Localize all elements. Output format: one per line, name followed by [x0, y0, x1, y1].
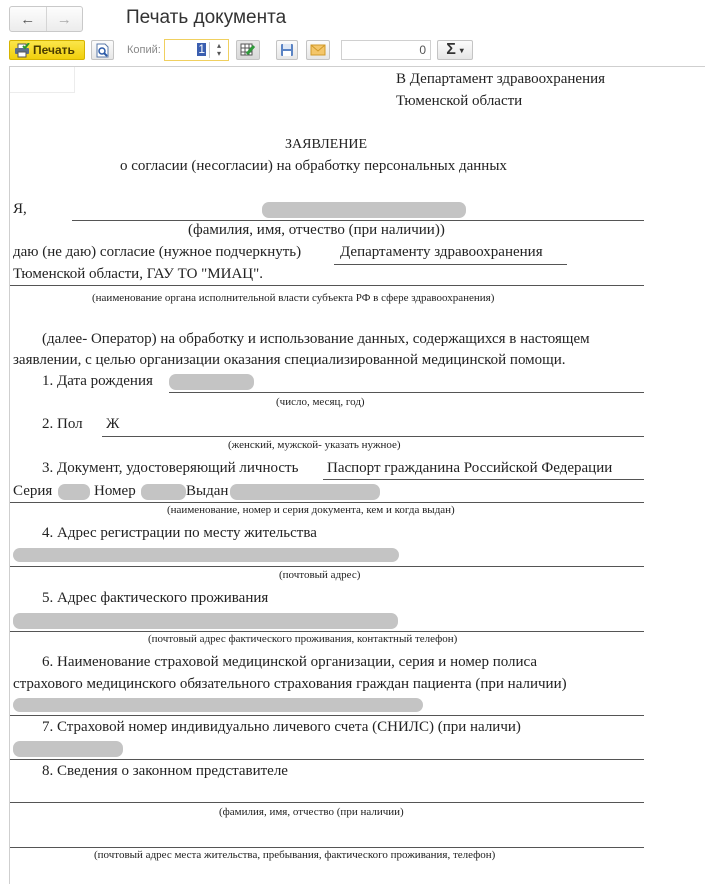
edit-button[interactable]: [236, 40, 260, 60]
preview-button[interactable]: [91, 40, 114, 60]
consent-recipient: Департаменту здравоохранения: [340, 244, 543, 261]
edit-table-icon: [240, 43, 256, 57]
sigma-icon: Σ: [446, 41, 456, 59]
issued-line: [10, 502, 644, 503]
document-preview: В Департамент здравоохранения Тюменской …: [9, 66, 705, 884]
representative-address-line: [10, 847, 644, 848]
sum-button[interactable]: Σ ▾: [437, 40, 473, 60]
document-heading: ЗАЯВЛЕНИЕ: [285, 137, 367, 153]
item5-caption: (почтовый адрес фактического проживания,…: [148, 633, 457, 645]
redacted-birthdate: [169, 374, 254, 390]
toolbar: Печать Копий: 1 ▴▾ 0 Σ ▾: [0, 38, 705, 64]
operator-line2: заявлении, с целью организации оказания …: [13, 352, 566, 369]
item8-caption1: (фамилия, имя, отчество (при наличии): [219, 806, 404, 818]
i-label: Я,: [13, 201, 27, 218]
series-label: Серия: [13, 483, 52, 500]
redacted-issued: [230, 484, 380, 500]
forward-button[interactable]: →: [46, 7, 83, 31]
copies-input[interactable]: 1 ▴▾: [164, 39, 229, 61]
document-corner: [10, 67, 75, 93]
organ-line: [10, 285, 644, 286]
item6-line2: страхового медицинского обязательного ст…: [13, 676, 567, 693]
number-label: Номер: [94, 483, 136, 500]
arrow-left-icon: ←: [20, 11, 35, 28]
birthdate-line: [169, 392, 644, 393]
item4-label: 4. Адрес регистрации по месту жительства: [42, 525, 317, 542]
print-button[interactable]: Печать: [9, 40, 85, 60]
chevron-down-icon: ▾: [460, 46, 464, 55]
sum-field: 0: [341, 40, 431, 60]
insurance-line: [10, 715, 644, 716]
operator-line1: (далее- Оператор) на обработку и использ…: [42, 331, 590, 348]
consent-recipient-cont: Тюменской области, ГАУ ТО "МИАЦ".: [13, 266, 263, 283]
redacted-insurance: [13, 698, 423, 712]
gender-line: [102, 436, 644, 437]
save-button[interactable]: [276, 40, 298, 60]
fio-line: [72, 220, 644, 221]
window-title: Печать документа: [126, 7, 286, 29]
issued-label: Выдан: [186, 483, 228, 500]
email-button[interactable]: [306, 40, 330, 60]
item3-label: 3. Документ, удостоверяющий личность: [42, 460, 298, 477]
document-type-line: [323, 479, 644, 480]
navigation-buttons: ← →: [9, 6, 83, 32]
redacted-series: [58, 484, 90, 500]
fio-caption: (фамилия, имя, отчество (при наличии)): [188, 222, 445, 239]
snils-line: [10, 759, 644, 760]
redacted-number: [141, 484, 186, 500]
addressee-line2: Тюменской области: [396, 93, 522, 110]
page-preview-icon: [96, 43, 109, 58]
item6-line1: 6. Наименование страховой медицинской ор…: [42, 654, 537, 671]
copies-label: Копий:: [127, 44, 161, 56]
item7-label: 7. Страховой номер индивидуально личевог…: [42, 719, 521, 736]
redacted-actual-address: [13, 613, 398, 629]
recipient-underline: [334, 264, 567, 265]
registration-line: [10, 566, 644, 567]
back-button[interactable]: ←: [10, 7, 46, 31]
printer-icon: [14, 43, 30, 58]
consent-text: даю (не даю) согласие (нужное подчеркнут…: [13, 244, 301, 261]
item1-label: 1. Дата рождения: [42, 373, 153, 390]
arrow-right-icon: →: [57, 11, 72, 28]
item2-label: 2. Пол: [42, 416, 83, 433]
redacted-fio: [262, 202, 466, 218]
representative-name-line: [10, 802, 644, 803]
print-label: Печать: [33, 43, 75, 57]
item8-caption2: (почтовый адрес места жительства, пребыв…: [94, 849, 495, 861]
item3-caption: (наименование, номер и серия документа, …: [167, 504, 455, 516]
item2-value: Ж: [106, 416, 119, 433]
item3-value: Паспорт гражданина Российской Федерации: [327, 460, 612, 477]
document-subheading: о согласии (несогласии) на обработку пер…: [120, 158, 507, 175]
item2-caption: (женский, мужской- указать нужное): [228, 439, 401, 451]
organ-caption: (наименование органа исполнительной влас…: [92, 292, 494, 304]
redacted-snils: [13, 741, 123, 757]
item5-label: 5. Адрес фактического проживания: [42, 590, 268, 607]
copies-spinner[interactable]: ▴▾: [209, 42, 228, 58]
actual-address-line: [10, 631, 644, 632]
addressee-line1: В Департамент здравоохранения: [396, 71, 605, 88]
floppy-disk-icon: [280, 43, 294, 57]
title-bar: ← → Печать документа: [0, 0, 705, 38]
redacted-registration-address: [13, 548, 399, 562]
item8-label: 8. Сведения о законном представителе: [42, 763, 288, 780]
copies-value: 1: [197, 43, 206, 56]
item1-caption: (число, месяц, год): [276, 396, 365, 408]
envelope-icon: [310, 44, 326, 56]
item4-caption: (почтовый адрес): [279, 569, 360, 581]
